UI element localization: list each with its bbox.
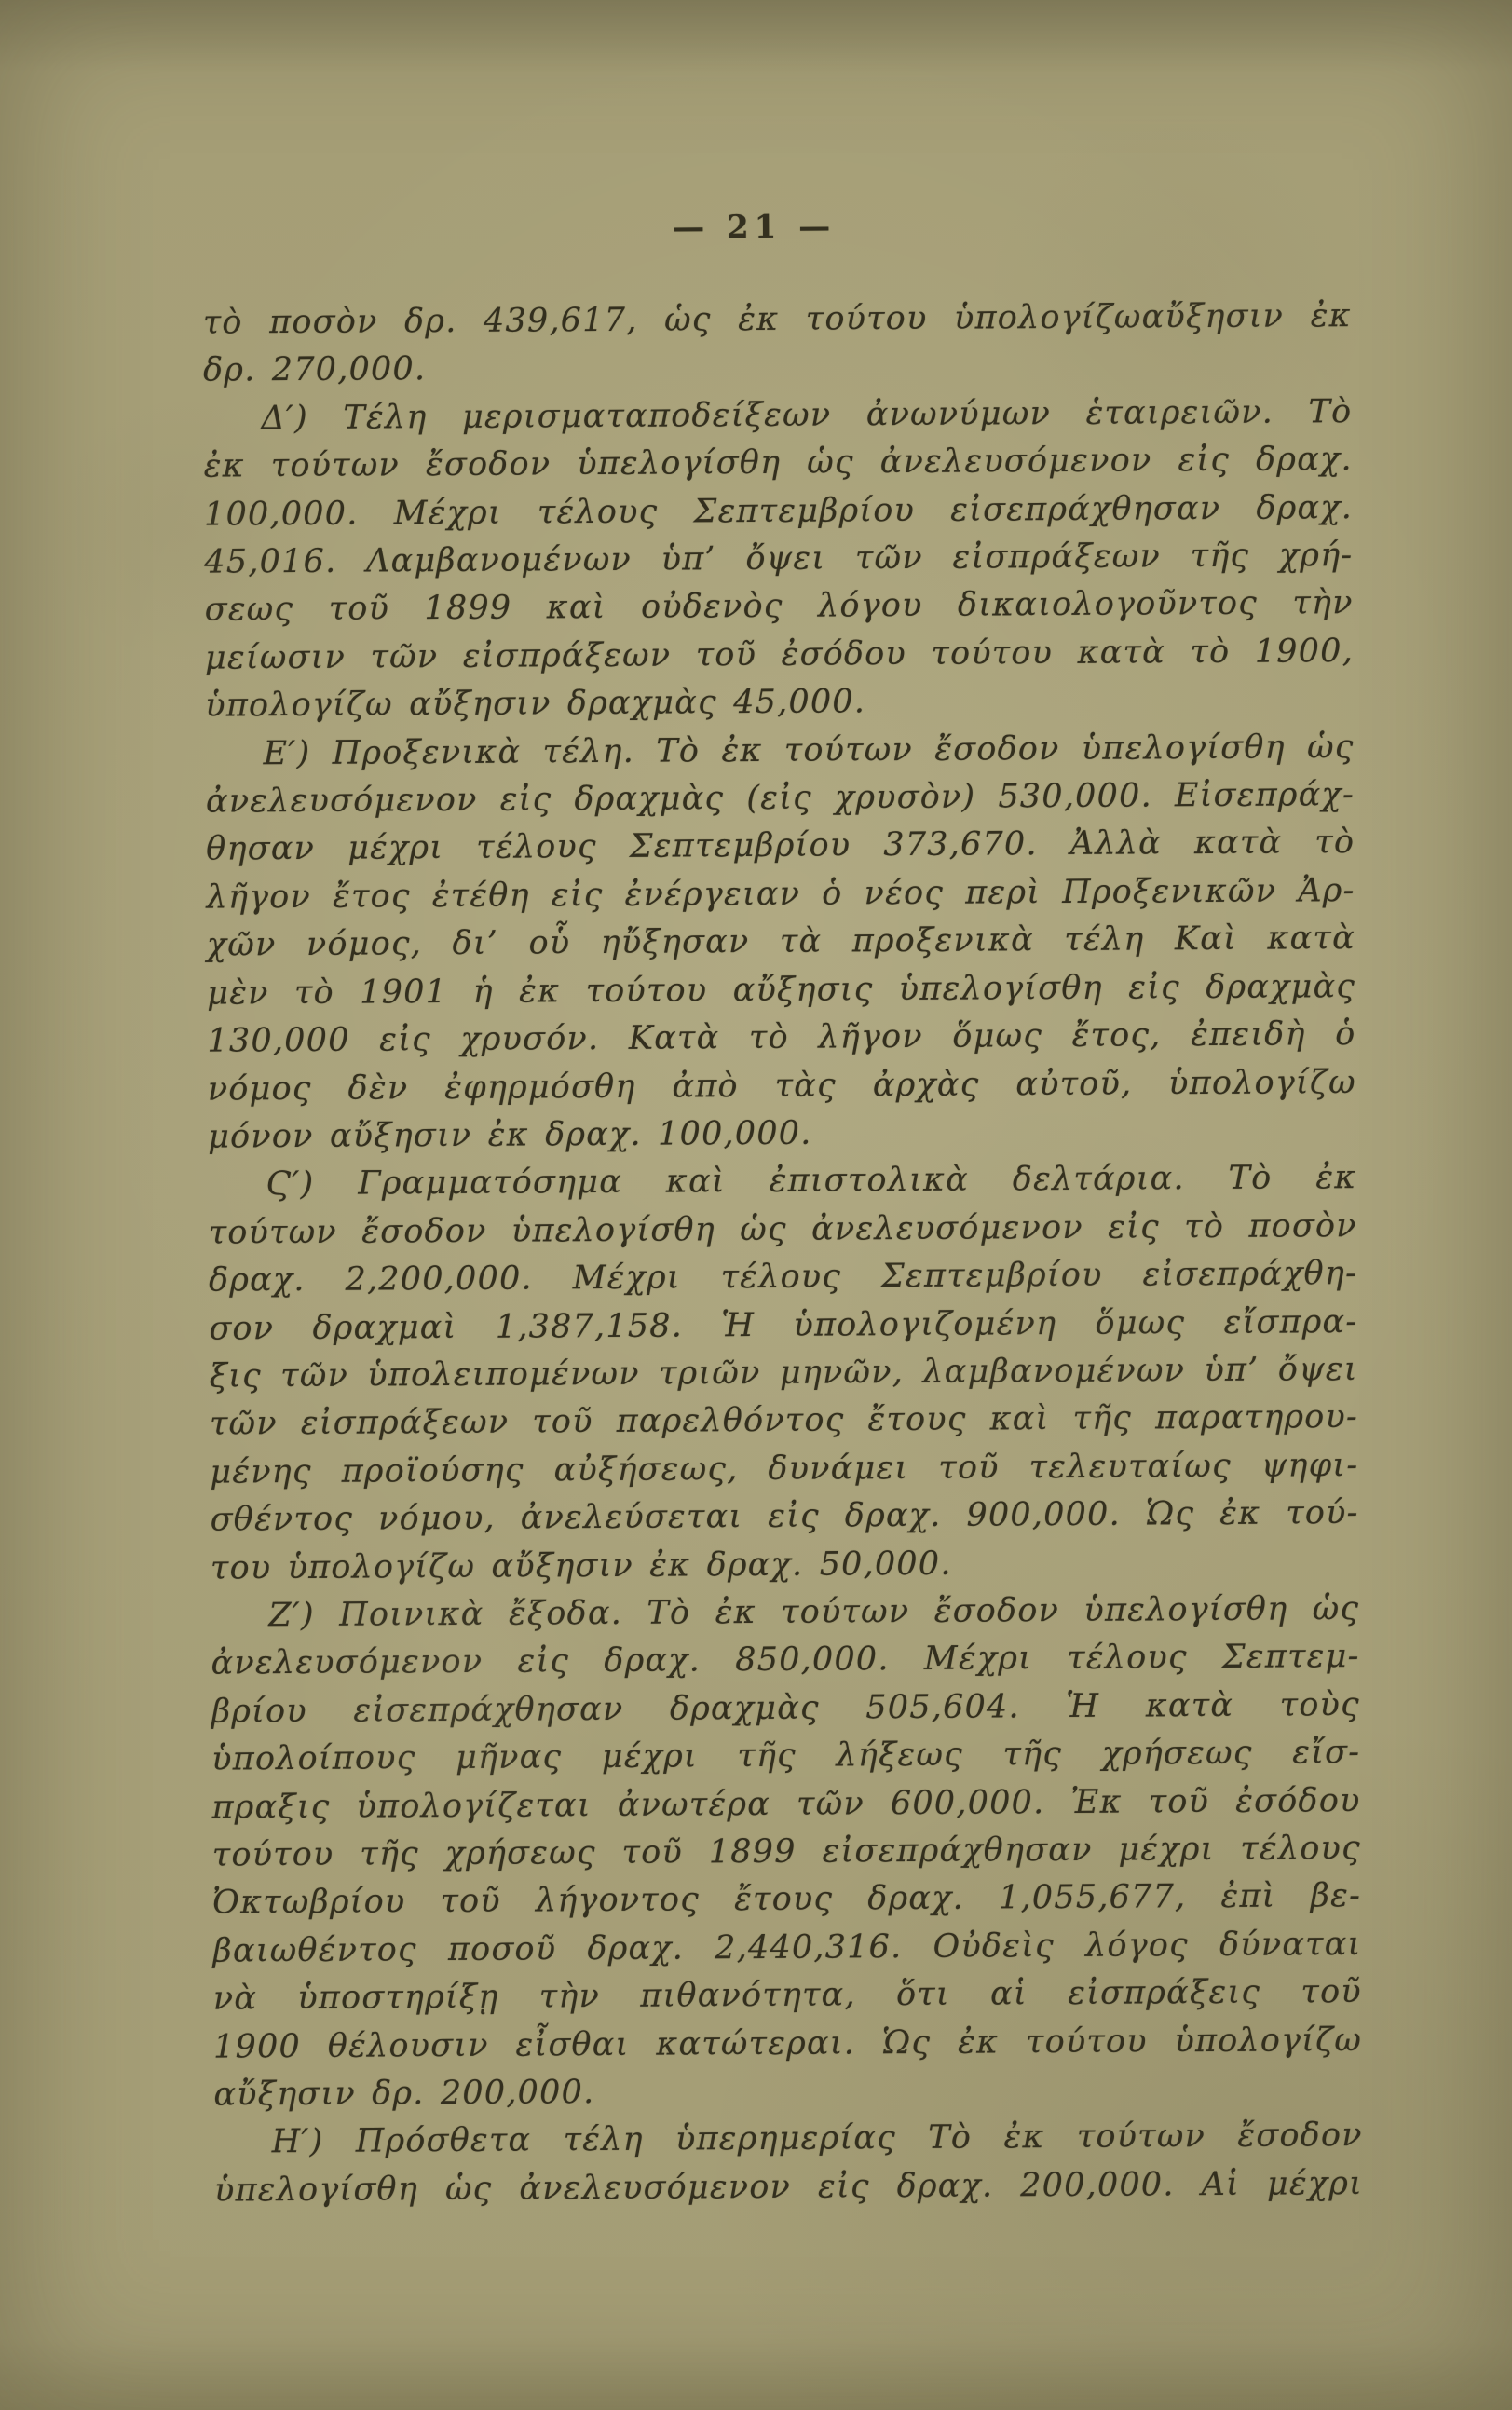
text-line: τούτων ἔσοδον ὑπελογίσθη ὡς ἀνελευσόμενο… xyxy=(209,1203,1357,1258)
text-line: ὑπολοίπους μῆνας μέχρι τῆς λήξεως τῆς χρ… xyxy=(211,1729,1360,1784)
text-line: του ὑπολογίζω αὔξησιν ἐκ δραχ. 50,000. xyxy=(211,1538,1359,1593)
text-line: ὑπολογίζω αὔξησιν δραχμὰς 45,000. xyxy=(205,675,1354,730)
text-line: θησαν μέχρι τέλους Σεπτεμβρίου 373,670. … xyxy=(206,820,1355,875)
text-line: Η′) Πρόσθετα τέλη ὑπερημερίας Τὸ ἐκ τούτ… xyxy=(214,2112,1363,2167)
page-content: — 21 — τὸ ποσὸν δρ. 439,617, ὡς ἐκ τούτο… xyxy=(0,0,1512,2410)
text-line: ἐκ τούτων ἔσοδον ὑπελογίσθη ὡς ἀνελευσόμ… xyxy=(204,436,1353,491)
text-line: σθέντος νόμου, ἀνελεύσεται εἰς δραχ. 900… xyxy=(210,1490,1358,1545)
text-line: μείωσιν τῶν εἰσπράξεων τοῦ ἐσόδου τούτου… xyxy=(205,628,1354,683)
text-line: αὔξησιν δρ. 200,000. xyxy=(213,2064,1362,2119)
text-line: δραχ. 2,200,000. Μέχρι τέλους Σεπτεμβρίο… xyxy=(209,1250,1357,1305)
page-number: — 21 — xyxy=(202,205,1351,250)
text-block: τὸ ποσὸν δρ. 439,617, ὡς ἐκ τούτου ὑπολο… xyxy=(203,293,1364,2215)
text-line: λῆγον ἔτος ἐτέθη εἰς ἐνέργειαν ὁ νέος πε… xyxy=(206,867,1355,922)
text-line: Ε′) Προξενικὰ τέλη. Τὸ ἐκ τούτων ἔσοδον … xyxy=(205,724,1354,779)
text-line: ἀνελευσόμενον εἰς δραχμὰς (εἰς χρυσὸν) 5… xyxy=(206,771,1355,826)
text-line: μένης προϊούσης αὐξήσεως, δυνάμει τοῦ τε… xyxy=(210,1442,1358,1497)
text-line: ὑπελογίσθη ὡς ἀνελευσόμενον εἰς δραχ. 20… xyxy=(214,2160,1363,2215)
text-line: Δ′) Τέλη μερισματαποδείξεων ἀνωνύμων ἑτα… xyxy=(203,388,1352,443)
text-line: 100,000. Μέχρι τέλους Σεπτεμβρίου εἰσεπρ… xyxy=(204,484,1353,539)
text-line: βρίου εἰσεπράχθησαν δραχμὰς 505,604. Ἡ κ… xyxy=(211,1682,1360,1736)
text-line: 45,016. Λαμβανομένων ὑπ’ ὄψει τῶν εἰσπρά… xyxy=(204,532,1353,587)
text-line: πραξις ὑπολογίζεται ἀνωτέρα τῶν 600,000.… xyxy=(211,1777,1360,1832)
text-line: δρ. 270,000. xyxy=(203,340,1352,395)
text-line: Ϛ′) Γραμματόσημα καὶ ἐπιστολικὰ δελτάρια… xyxy=(208,1154,1356,1209)
text-line: 1900 θέλουσιν εἶσθαι κατώτεραι. Ὡς ἐκ το… xyxy=(213,2017,1362,2072)
text-line: 130,000 εἰς χρυσόν. Κατὰ τὸ λῆγον ὅμως ἔ… xyxy=(207,1011,1355,1066)
scanned-page: { "page": { "header": "— 21 —", "number"… xyxy=(0,0,1512,2410)
text-line: μόνον αὔξησιν ἐκ δραχ. 100,000. xyxy=(208,1107,1356,1162)
text-line: Ζ′) Ποινικὰ ἔξοδα. Τὸ ἐκ τούτων ἔσοδον ὑ… xyxy=(211,1586,1359,1641)
text-line: Ὀκτωβρίου τοῦ λήγοντος ἔτους δραχ. 1,055… xyxy=(212,1872,1361,1927)
text-line: μὲν τὸ 1901 ἡ ἐκ τούτου αὔξησις ὑπελογίσ… xyxy=(207,963,1355,1018)
text-line: τούτου τῆς χρήσεως τοῦ 1899 εἰσεπράχθησα… xyxy=(212,1825,1361,1880)
text-line: ἀνελευσόμενον εἰς δραχ. 850,000. Μέχρι τ… xyxy=(211,1633,1359,1688)
text-line: νὰ ὑποστηρίξῃ τὴν πιθανότητα, ὅτι αἱ εἰσ… xyxy=(213,1968,1362,2023)
text-line: σον δραχμαὶ 1,387,158. Ἡ ὑπολογιζομένη ὅ… xyxy=(209,1299,1357,1354)
text-line: σεως τοῦ 1899 καὶ οὐδενὸς λόγου δικαιολο… xyxy=(205,580,1354,635)
text-line: τὸ ποσὸν δρ. 439,617, ὡς ἐκ τούτου ὑπολο… xyxy=(203,293,1352,347)
text-line: τῶν εἰσπράξεων τοῦ παρελθόντος ἔτους καὶ… xyxy=(210,1394,1358,1449)
text-line: βαιωθέντος ποσοῦ δραχ. 2,440,316. Οὐδεὶς… xyxy=(212,1921,1361,1976)
text-line: ξις τῶν ὑπολειπομένων τριῶν μηνῶν, λαμβα… xyxy=(210,1346,1358,1401)
text-line: χῶν νόμος, δι’ οὗ ηὔξησαν τὰ προξενικὰ τ… xyxy=(207,915,1355,970)
text-line: νόμος δὲν ἐφηρμόσθη ἀπὸ τὰς ἀρχὰς αὐτοῦ,… xyxy=(208,1059,1356,1114)
